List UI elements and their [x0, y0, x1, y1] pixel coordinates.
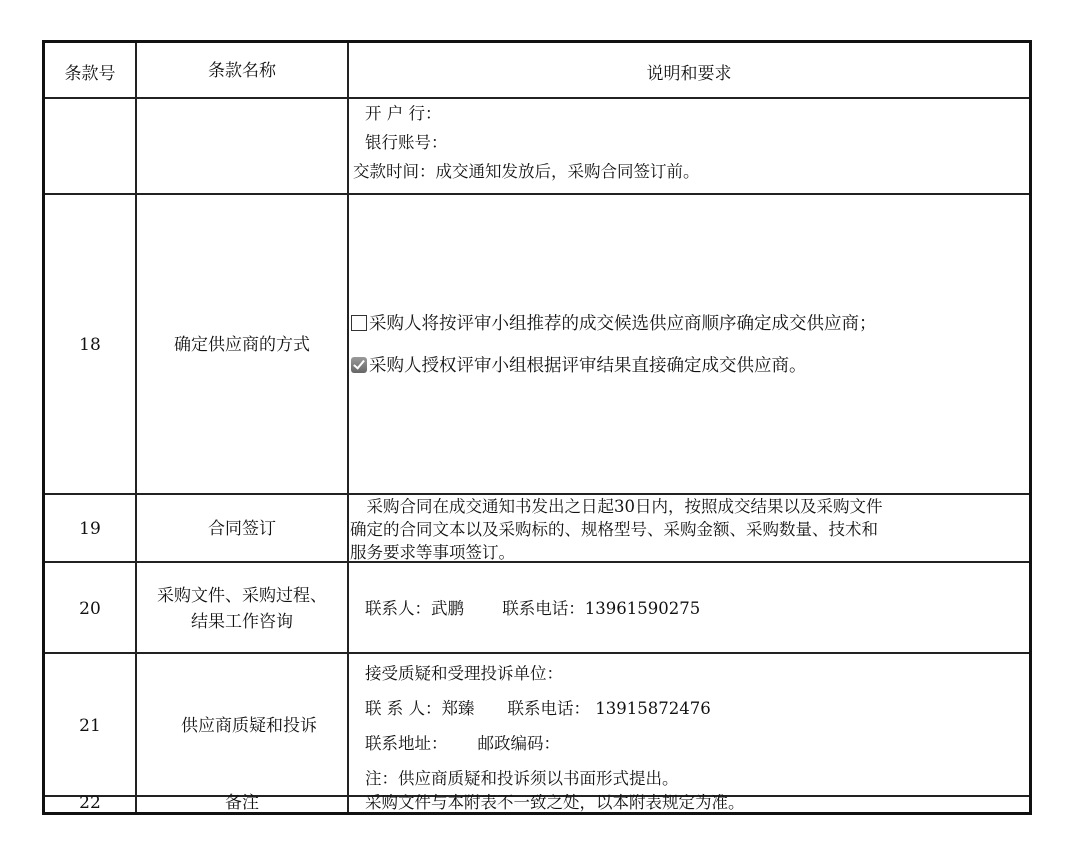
table-row: 20 采购文件、采购过程、 结果工作咨询 联系人：武鹏 联系电话：1396159…: [45, 561, 1029, 654]
description-cell: 采购人将按评审小组推荐的成交候选供应商顺序确定成交供应商； 采购人授权评审小组根…: [349, 195, 1029, 495]
clause-name-line: 结果工作咨询: [191, 609, 293, 635]
option-sequence[interactable]: 采购人将按评审小组推荐的成交候选供应商顺序确定成交供应商；: [349, 303, 1029, 345]
option-label: 采购人授权评审小组根据评审结果直接确定成交供应商。: [369, 356, 807, 376]
table-header-row: 条款号 条款名称 说明和要求: [45, 43, 1029, 99]
header-description: 说明和要求: [349, 43, 1029, 99]
clause-no-cell: 18: [45, 195, 137, 495]
clause-no-cell: 22: [45, 793, 137, 812]
option-authorize[interactable]: 采购人授权评审小组根据评审结果直接确定成交供应商。: [349, 345, 1029, 387]
header-clause-name: 条款名称: [137, 43, 349, 99]
contract-line: 确定的合同文本以及采购标的、规格型号、采购金额、采购数量、技术和: [350, 518, 1029, 541]
clause-no-cell: 19: [45, 495, 137, 563]
clause-name-cell: 供应商质疑和投诉: [137, 654, 349, 797]
complaint-contact-line: 联 系 人：郑臻 联系电话： 13915872476: [349, 691, 1029, 726]
clause-table: 条款号 条款名称 说明和要求 开 户 行： 银行账号： 交款时间：成交通知发放后…: [42, 40, 1032, 815]
bank-name-line: 开 户 行：: [349, 99, 1029, 128]
clause-no-cell: 20: [45, 563, 137, 654]
clause-name-cell: [137, 99, 349, 195]
complaint-unit-line: 接受质疑和受理投诉单位：: [349, 656, 1029, 691]
contact-line: 联系人：武鹏 联系电话：13961590275: [349, 593, 700, 624]
description-cell: 联系人：武鹏 联系电话：13961590275: [349, 563, 1029, 654]
table-row: 18 确定供应商的方式 采购人将按评审小组推荐的成交候选供应商顺序确定成交供应商…: [45, 193, 1029, 495]
remark-line: 采购文件与本附表不一致之处，以本附表规定为准。: [349, 787, 745, 818]
clause-no-cell: [45, 99, 137, 195]
bank-account-line: 银行账号：: [349, 128, 1029, 157]
clause-name-cell: 备注: [137, 793, 349, 812]
checkbox-checked-icon[interactable]: [351, 357, 367, 373]
clause-name-cell: 合同签订: [137, 495, 349, 563]
option-label: 采购人将按评审小组推荐的成交候选供应商顺序确定成交供应商；: [369, 314, 877, 334]
clause-name-cell: 确定供应商的方式: [137, 195, 349, 495]
clause-name-cell: 采购文件、采购过程、 结果工作咨询: [137, 563, 349, 654]
description-cell: 采购文件与本附表不一致之处，以本附表规定为准。: [349, 793, 1029, 812]
checkbox-unchecked-icon[interactable]: [351, 315, 367, 331]
description-cell: 开 户 行： 银行账号： 交款时间：成交通知发放后，采购合同签订前。: [349, 99, 1029, 195]
table-row: 22 备注 采购文件与本附表不一致之处，以本附表规定为准。: [45, 795, 1029, 812]
contract-line: 采购合同在成交通知书发出之日起30日内，按照成交结果以及采购文件: [350, 495, 1029, 518]
table-row: 21 供应商质疑和投诉 接受质疑和受理投诉单位： 联 系 人：郑臻 联系电话： …: [45, 652, 1029, 797]
payment-time-line: 交款时间：成交通知发放后，采购合同签订前。: [349, 157, 1029, 187]
table-row: 开 户 行： 银行账号： 交款时间：成交通知发放后，采购合同签订前。: [45, 97, 1029, 195]
clause-no-cell: 21: [45, 654, 137, 797]
table-row: 19 合同签订 采购合同在成交通知书发出之日起30日内，按照成交结果以及采购文件…: [45, 493, 1029, 563]
clause-name-line: 采购文件、采购过程、: [157, 583, 327, 609]
description-cell: 采购合同在成交通知书发出之日起30日内，按照成交结果以及采购文件 确定的合同文本…: [349, 495, 1029, 563]
header-clause-no: 条款号: [45, 43, 137, 99]
complaint-address-line: 联系地址： 邮政编码：: [349, 726, 1029, 761]
description-cell: 接受质疑和受理投诉单位： 联 系 人：郑臻 联系电话： 13915872476 …: [349, 654, 1029, 797]
